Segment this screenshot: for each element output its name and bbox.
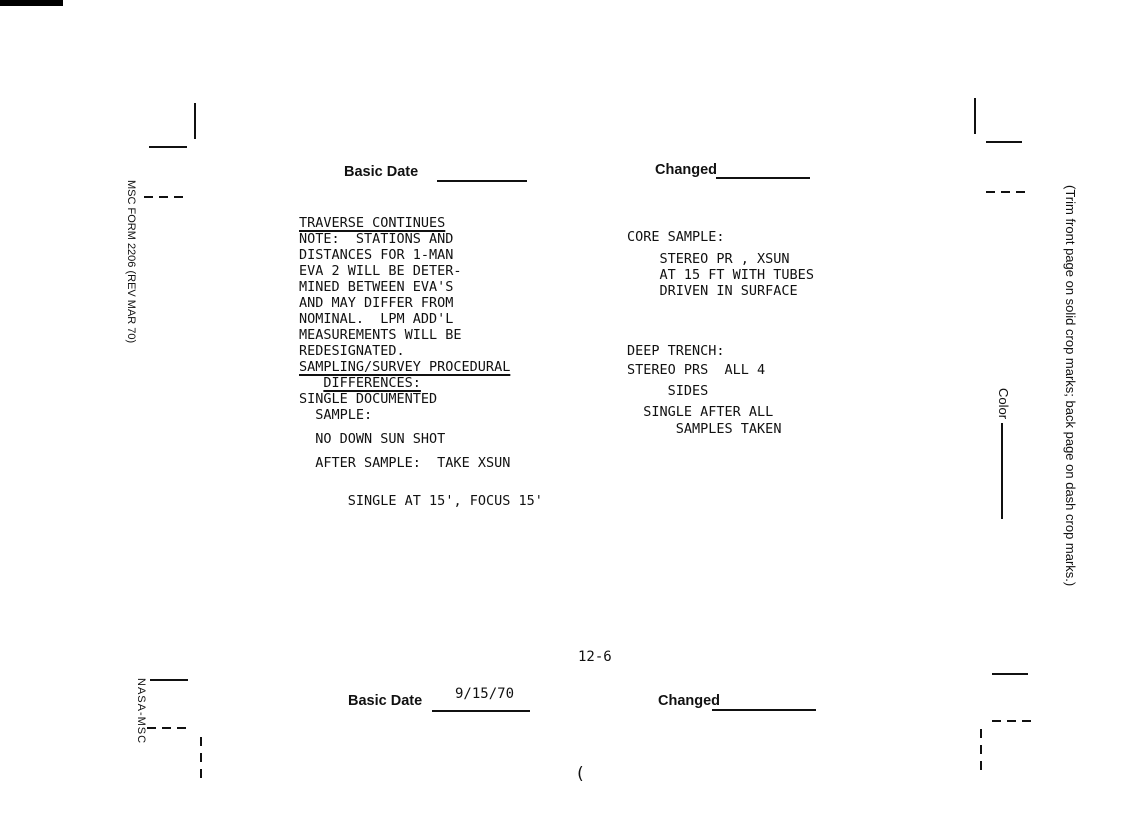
- color-field-label: Color: [996, 388, 1011, 419]
- text-line: STEREO PRS ALL 4: [627, 362, 814, 378]
- crop-mark-bl-vertical-dashed: [200, 737, 202, 779]
- left-text-column: TRAVERSE CONTINUESNOTE: STATIONS ANDDIST…: [299, 215, 543, 509]
- text-line: REDESIGNATED.: [299, 343, 543, 359]
- stray-scan-mark: (: [575, 764, 585, 784]
- crop-mark-br-dashed: [992, 720, 1033, 722]
- text-line: MINED BETWEEN EVA'S: [299, 279, 543, 295]
- text-line: SIDES: [627, 383, 814, 399]
- text-line: CORE SAMPLE:: [627, 229, 814, 245]
- basic-date-blank-bottom: [432, 710, 530, 712]
- right-text-column: CORE SAMPLE: STEREO PR , XSUN AT 15 FT W…: [627, 229, 814, 437]
- agency-vertical-label: NASA-MSC: [135, 678, 147, 740]
- text-line: SAMPLING/SURVEY PROCEDURAL: [299, 359, 543, 375]
- basic-date-blank-top: [437, 180, 527, 182]
- color-field-blank-line: [1001, 423, 1003, 519]
- text-line: SAMPLES TAKEN: [627, 421, 814, 437]
- crop-mark-tr-solid: [986, 141, 1022, 143]
- text-line: NO DOWN SUN SHOT: [299, 431, 543, 447]
- scanned-document-page: MSC FORM 2206 (REV MAR 70) NASA-MSC (Tri…: [0, 0, 1145, 824]
- text-line: SINGLE DOCUMENTED: [299, 391, 543, 407]
- changed-blank-top: [716, 177, 810, 179]
- text-line: DIFFERENCES:: [299, 375, 543, 391]
- text-line: AFTER SAMPLE: TAKE XSUN: [299, 455, 543, 471]
- text-line: SINGLE AT 15', FOCUS 15': [299, 493, 543, 509]
- crop-mark-tl-solid: [149, 146, 187, 148]
- crop-mark-tl-vertical: [194, 103, 196, 139]
- text-line: AND MAY DIFFER FROM: [299, 295, 543, 311]
- crop-mark-bl-solid: [150, 679, 188, 681]
- changed-blank-bottom: [712, 709, 816, 711]
- crop-mark-br-solid: [992, 673, 1028, 675]
- text-line: NOTE: STATIONS AND: [299, 231, 543, 247]
- text-line: SAMPLE:: [299, 407, 543, 423]
- crop-mark-bl-dashed: [147, 727, 188, 729]
- text-line: DEEP TRENCH:: [627, 343, 814, 359]
- basic-date-value: 9/15/70: [455, 686, 514, 702]
- text-line: TRAVERSE CONTINUES: [299, 215, 543, 231]
- registration-bar: [0, 0, 63, 6]
- text-line: DISTANCES FOR 1-MAN: [299, 247, 543, 263]
- changed-label-bottom: Changed: [658, 693, 720, 709]
- crop-mark-tl-dashed: [144, 196, 188, 198]
- text-line: SINGLE AFTER ALL: [627, 404, 814, 420]
- text-line: DRIVEN IN SURFACE: [627, 283, 814, 299]
- crop-mark-tr-dashed: [986, 191, 1026, 193]
- crop-mark-br-vertical-dashed: [980, 729, 982, 775]
- basic-date-label-top: Basic Date: [344, 164, 418, 180]
- color-field: Color: [996, 388, 1011, 538]
- crop-mark-tr-vertical: [974, 98, 976, 134]
- text-line: AT 15 FT WITH TUBES: [627, 267, 814, 283]
- text-line: STEREO PR , XSUN: [627, 251, 814, 267]
- changed-label-top: Changed: [655, 162, 717, 178]
- form-id-vertical-label: MSC FORM 2206 (REV MAR 70): [125, 180, 137, 340]
- page-number: 12-6: [578, 649, 612, 665]
- text-line: EVA 2 WILL BE DETER-: [299, 263, 543, 279]
- basic-date-label-bottom: Basic Date: [348, 693, 422, 709]
- trim-note-vertical-label: (Trim front page on solid crop marks; ba…: [1063, 185, 1078, 682]
- text-line: MEASUREMENTS WILL BE: [299, 327, 543, 343]
- text-line: NOMINAL. LPM ADD'L: [299, 311, 543, 327]
